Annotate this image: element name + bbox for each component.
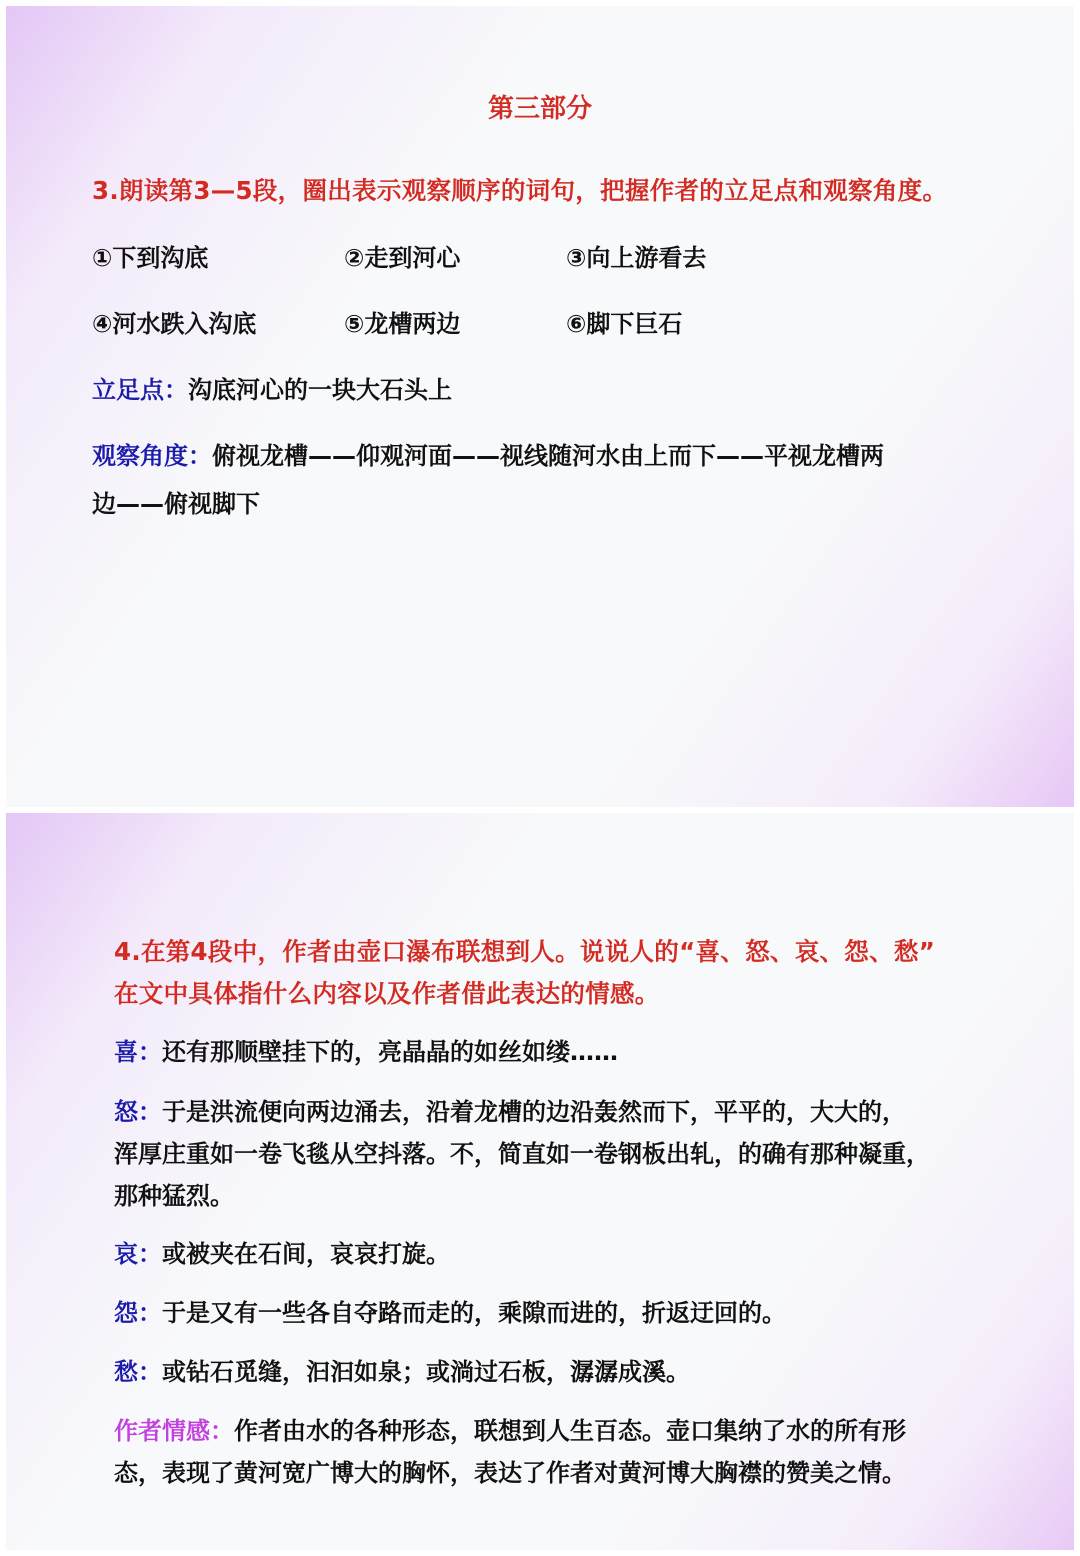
anger-row: 怒：于是洪流便向两边涌去，沿着龙槽的边沿轰然而下，平平的，大大的，: [114, 1091, 906, 1133]
section-title: 第三部分: [6, 88, 1074, 125]
resentment-label: 怨：: [114, 1299, 162, 1327]
slide-part-three: 第三部分 3.朗读第3—5段，圈出表示观察顺序的词句，把握作者的立足点和观察角度…: [6, 6, 1074, 807]
option-6: ⑥脚下巨石: [566, 304, 682, 339]
slide-question-four: 4.在第4段中，作者由壶口瀑布联想到人。说说人的“喜、怒、哀、怨、愁” 在文中具…: [6, 813, 1074, 1550]
angle-label: 观察角度：: [92, 442, 212, 470]
sorrow-row: 哀：或被夹在石间，哀哀打旋。: [114, 1233, 450, 1275]
emotion-text-line2: 态，表现了黄河宽广博大的胸怀，表达了作者对黄河博大胸襟的赞美之情。: [114, 1452, 906, 1494]
question-3: 3.朗读第3—5段，圈出表示观察顺序的词句，把握作者的立足点和观察角度。: [92, 172, 947, 207]
joy-row: 喜：还有那顺壁挂下的，亮晶晶的如丝如缕……: [114, 1031, 618, 1073]
emotion-row: 作者情感：作者由水的各种形态，联想到人生百态。壶口集纳了水的所有形: [114, 1410, 906, 1452]
sorrow-label: 哀：: [114, 1240, 162, 1268]
angle-text-line2: 边——俯视脚下: [92, 484, 260, 519]
question-4-line1: 4.在第4段中，作者由壶口瀑布联想到人。说说人的“喜、怒、哀、怨、愁”: [114, 933, 935, 968]
anger-text-line3: 那种猛烈。: [114, 1175, 234, 1217]
angle-row: 观察角度：俯视龙槽——仰观河面——视线随河水由上而下——平视龙槽两: [92, 436, 884, 471]
option-2: ②走到河心: [344, 238, 460, 273]
resentment-text: 于是又有一些各自夺路而走的，乘隙而进的，折返迂回的。: [162, 1299, 786, 1327]
option-4: ④河水跌入沟底: [92, 304, 256, 339]
standpoint-label: 立足点：: [92, 376, 188, 404]
standpoint-row: 立足点：沟底河心的一块大石头上: [92, 370, 452, 405]
angle-text-line1: 俯视龙槽——仰观河面——视线随河水由上而下——平视龙槽两: [212, 442, 884, 470]
emotion-text-line1: 作者由水的各种形态，联想到人生百态。壶口集纳了水的所有形: [234, 1417, 906, 1445]
standpoint-text: 沟底河心的一块大石头上: [188, 376, 452, 404]
resentment-row: 怨：于是又有一些各自夺路而走的，乘隙而进的，折返迂回的。: [114, 1292, 786, 1334]
anger-text-line1: 于是洪流便向两边涌去，沿着龙槽的边沿轰然而下，平平的，大大的，: [162, 1098, 906, 1126]
emotion-label: 作者情感：: [114, 1417, 234, 1445]
joy-text: 还有那顺壁挂下的，亮晶晶的如丝如缕……: [162, 1038, 618, 1066]
option-5: ⑤龙槽两边: [344, 304, 460, 339]
anger-text-line2: 浑厚庄重如一卷飞毯从空抖落。不，简直如一卷钢板出轧，的确有那种凝重，: [114, 1133, 930, 1175]
anger-label: 怒：: [114, 1098, 162, 1126]
worry-label: 愁：: [114, 1358, 162, 1386]
question-4-line2: 在文中具体指什么内容以及作者借此表达的情感。: [114, 975, 660, 1010]
worry-row: 愁：或钻石觅缝，汩汩如泉；或淌过石板，潺潺成溪。: [114, 1351, 690, 1393]
sorrow-text: 或被夹在石间，哀哀打旋。: [162, 1240, 450, 1268]
worry-text: 或钻石觅缝，汩汩如泉；或淌过石板，潺潺成溪。: [162, 1358, 690, 1386]
option-3: ③向上游看去: [566, 238, 706, 273]
joy-label: 喜：: [114, 1038, 162, 1066]
option-1: ①下到沟底: [92, 238, 208, 273]
